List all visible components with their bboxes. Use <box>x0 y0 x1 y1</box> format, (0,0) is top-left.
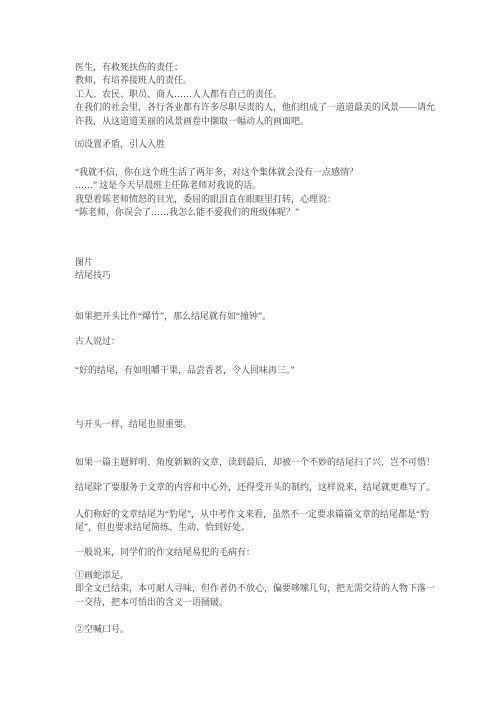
paragraph-fault-1: ①画蛇添足。 即全文已结束，本可耐人寻味，但作者仍不放心，偏要哆嗦几句，把无需交… <box>75 569 475 609</box>
text-line: 结尾除了要服务于文章的内容和中心外，还得受开头的制约，这样说来，结尾就更难写了。 <box>75 481 475 494</box>
paragraph-constraint: 结尾除了要服务于文章的内容和中心外，还得受开头的制约，这样说来，结尾就更难写了。 <box>75 481 475 494</box>
paragraph-responsibilities: 医生，有救死扶伤的责任； 教师，有培养接班人的责任。 工人、农民、职员、商人……… <box>75 61 475 128</box>
document-page: 医生，有救死扶伤的责任； 教师，有培养接班人的责任。 工人、农民、职员、商人……… <box>0 0 499 706</box>
paragraph-metaphor: 如果把开头比作“爆竹”，那么结尾就有如“撞钟”。 <box>75 310 475 323</box>
text-line: 许我，从这道道美丽的风景画卷中撷取一幅动人的画面吧。 <box>75 115 475 128</box>
paragraph-technique-heading: ㈤设置矛盾，引人入胜 <box>75 138 475 151</box>
text-line: 如果把开头比作“爆竹”，那么结尾就有如“撞钟”。 <box>75 310 475 323</box>
paragraph-section-title: 图片 结尾技巧 <box>75 256 475 283</box>
text-line: ……” 这是今天早晨班主任陈老师对我说的话。 <box>75 179 475 192</box>
list-item-2: ②空喊口号。 <box>75 623 475 636</box>
text-line: ㈤设置矛盾，引人入胜 <box>75 138 475 151</box>
text-line: 工人、农民、职员、商人……人人都有自己的责任。 <box>75 88 475 101</box>
image-placeholder-label: 图片 <box>75 256 475 269</box>
text-line: “陈老师，你误会了……我怎么能不爱我们的班级体呢？” <box>75 206 475 219</box>
text-line: 一交待，把本可悟出的含义一语捅破。 <box>75 596 475 609</box>
text-line: 人们称好的文章结尾为“豹尾”，从中考作文来看，虽然不一定要求篇篇文章的结尾都是“… <box>75 508 475 521</box>
text-line: 一般说来，同学们的作文结尾易犯的毛病有： <box>75 546 475 559</box>
text-line: 尾”，但也要求结尾简练、生动、恰到好处。 <box>75 521 475 534</box>
text-line: 医生，有救死扶伤的责任； <box>75 61 475 74</box>
paragraph-common-faults-intro: 一般说来，同学们的作文结尾易犯的毛病有： <box>75 546 475 559</box>
text-line: 如果一篇主题鲜明、角度新颖的文章，读到最后，却被一个不妙的结尾扫了兴，岂不可惜！ <box>75 456 475 469</box>
paragraph-ancients-said: 古人说过： <box>75 335 475 348</box>
paragraph-dialogue-example: “我就不信，你在这个班生活了两年多，对这个集体就会没有一点感情？ ……” 这是今… <box>75 166 475 220</box>
text-line: 教师，有培养接班人的责任。 <box>75 74 475 87</box>
section-title: 结尾技巧 <box>75 269 475 282</box>
list-item-1: ①画蛇添足。 <box>75 569 475 582</box>
text-line: “好的结尾，有如咀嚼干果，品尝香茗，令人回味再三。” <box>75 364 475 377</box>
paragraph-pity: 如果一篇主题鲜明、角度新颖的文章，读到最后，却被一个不妙的结尾扫了兴，岂不可惜！ <box>75 456 475 469</box>
text-line: “我就不信，你在这个班生活了两年多，对这个集体就会没有一点感情？ <box>75 166 475 179</box>
paragraph-fault-2: ②空喊口号。 <box>75 623 475 636</box>
paragraph-leopard-tail: 人们称好的文章结尾为“豹尾”，从中考作文来看，虽然不一定要求篇篇文章的结尾都是“… <box>75 508 475 535</box>
text-line: 古人说过： <box>75 335 475 348</box>
text-line: 即全文已结束，本可耐人寻味，但作者仍不放心，偏要哆嗦几句，把无需交待的人物下落一 <box>75 582 475 595</box>
text-line: 我望着陈老师愤怒的目光，委屈的眼泪直在眼眶里打转，心理说： <box>75 193 475 206</box>
text-line: 在我们的社会里，各行各业都有许多尽职尽责的人，他们组成了一道道最美的风景——请允 <box>75 101 475 114</box>
paragraph-importance: 与开头一样，结尾也很重要。 <box>75 418 475 431</box>
paragraph-quote: “好的结尾，有如咀嚼干果，品尝香茗，令人回味再三。” <box>75 364 475 377</box>
text-line: 与开头一样，结尾也很重要。 <box>75 418 475 431</box>
